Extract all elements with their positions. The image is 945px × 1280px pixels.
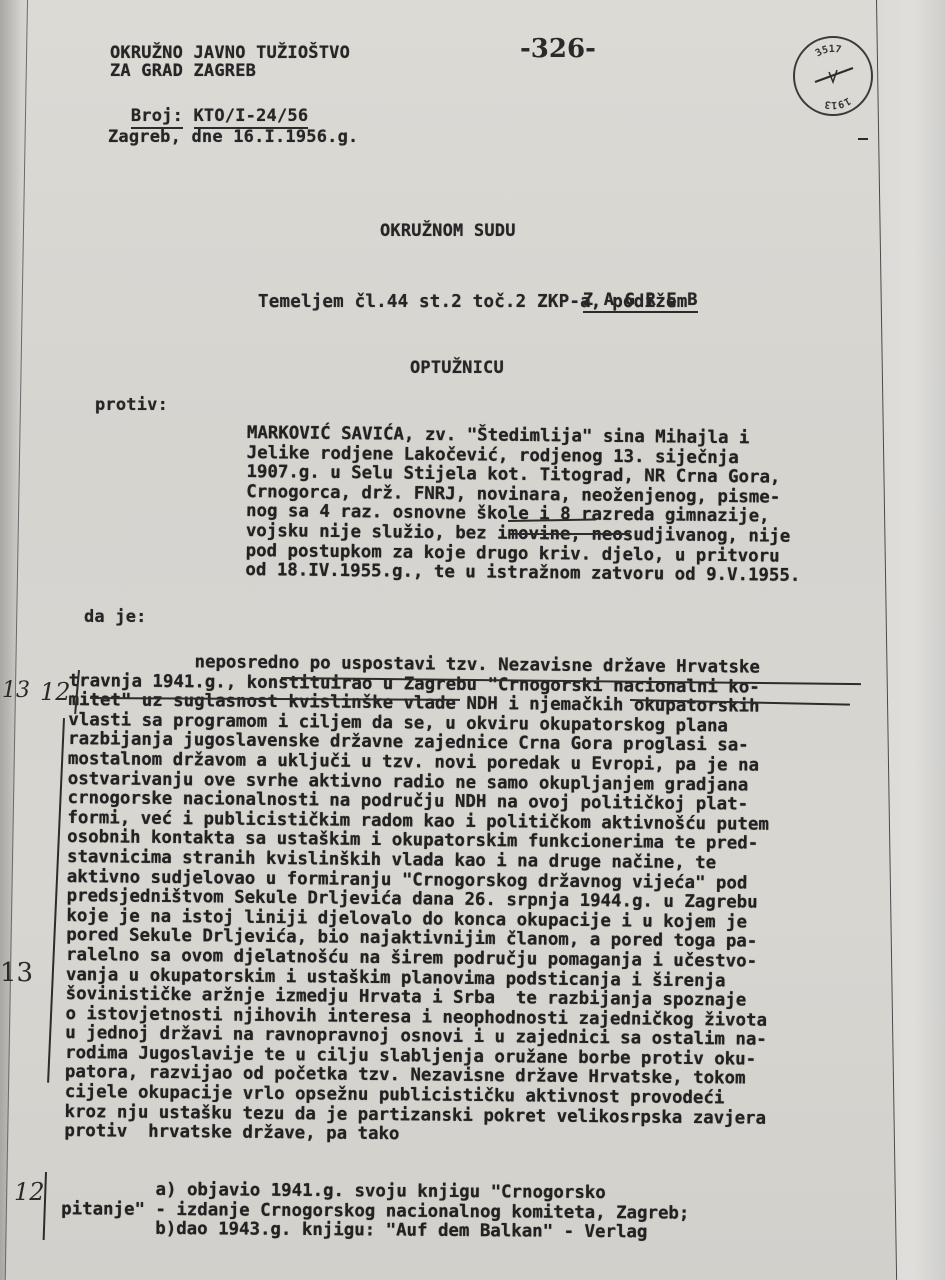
document-type-title: OPTUŽNICU: [410, 359, 504, 378]
margin-annotation: 13: [2, 678, 30, 703]
archive-stamp: 3517 1913: [793, 36, 873, 116]
against-label: protiv:: [95, 396, 168, 415]
stamp-top-text: 3517: [814, 44, 842, 59]
publication-list: a) objavio 1941.g. svoju knjigu "Crnogor…: [30, 1180, 690, 1243]
svg-text:3517: 3517: [814, 44, 842, 59]
margin-annotation: 13: [0, 958, 33, 988]
margin-annotation: 12: [40, 678, 71, 706]
office-city: ZA GRAD ZAGREB: [110, 62, 256, 81]
defendant-details: MARKOVIĆ SAVIĆA, zv. "Štedimlija" sina M…: [245, 424, 802, 587]
handwritten-underline: [510, 533, 630, 535]
charge-text: neposredno po uspostavi tzv. Nezavisne d…: [64, 652, 770, 1149]
reference-label: Broj:: [131, 106, 183, 129]
addressee-court: OKRUŽNOM SUDU: [380, 222, 516, 241]
pen-mark: [858, 138, 868, 140]
stamp-icon: 3517 1913: [795, 38, 871, 114]
svg-text:1913: 1913: [824, 95, 852, 110]
charge-label: da je:: [84, 608, 147, 627]
date-line: Zagreb, dne 16.I.1956.g.: [108, 128, 358, 147]
stamp-bottom-text: 1913: [824, 95, 852, 110]
reference-number: KTO/I-24/56: [194, 106, 309, 129]
page-number-handwritten: -326-: [520, 34, 596, 64]
margin-annotation: 12: [14, 1178, 45, 1206]
legal-basis: Temeljem čl.44 st.2 toč.2 ZKP-a, podižem: [258, 293, 687, 312]
reference-block: Broj: KTO/I-24/56: [110, 88, 308, 126]
